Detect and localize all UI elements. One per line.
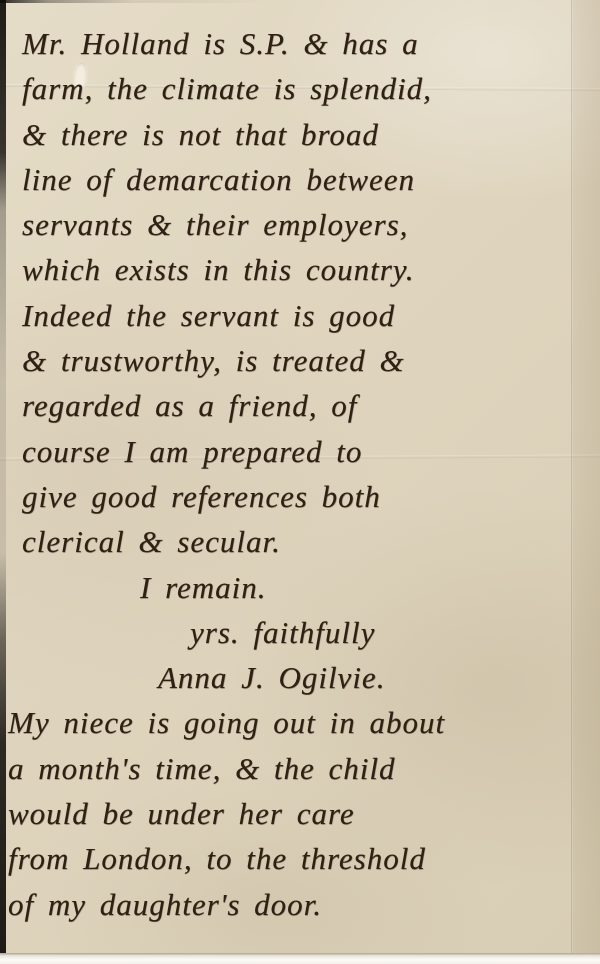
postscript-line: My niece is going out in about (8, 700, 596, 745)
scan-edge-top (0, 0, 600, 3)
postscript-line: from London, to the threshold (8, 836, 596, 881)
closing-line: yrs. faithfully (8, 610, 596, 655)
letter-line: course I am prepared to (8, 429, 596, 474)
letter-line: & there is not that broad (8, 112, 596, 157)
letter-line: which exists in this country. (8, 247, 596, 292)
scan-edge-left (0, 0, 6, 953)
scanner-background-strip (0, 953, 600, 964)
letter-line: Indeed the servant is good (8, 293, 596, 338)
closing-line: I remain. (8, 565, 596, 610)
letter-line: clerical & secular. (8, 519, 596, 564)
letter-line: regarded as a friend, of (8, 383, 596, 428)
signature-line: Anna J. Ogilvie. (8, 655, 596, 700)
letter-line: farm, the climate is splendid, (8, 66, 596, 111)
letter-line: line of demarcation between (8, 157, 596, 202)
postscript-line: would be under her care (8, 791, 596, 836)
letter-paper: Mr. Holland is S.P. & has a farm, the cl… (0, 0, 600, 953)
letter-line: give good references both (8, 474, 596, 519)
handwriting-layer: Mr. Holland is S.P. & has a farm, the cl… (8, 21, 596, 927)
letter-line: Mr. Holland is S.P. & has a (8, 21, 596, 66)
letter-scan: Mr. Holland is S.P. & has a farm, the cl… (0, 0, 600, 964)
letter-line: & trustworthy, is treated & (8, 338, 596, 383)
postscript-line: of my daughter's door. (8, 882, 596, 927)
postscript-line: a month's time, & the child (8, 746, 596, 791)
letter-line: servants & their employers, (8, 202, 596, 247)
